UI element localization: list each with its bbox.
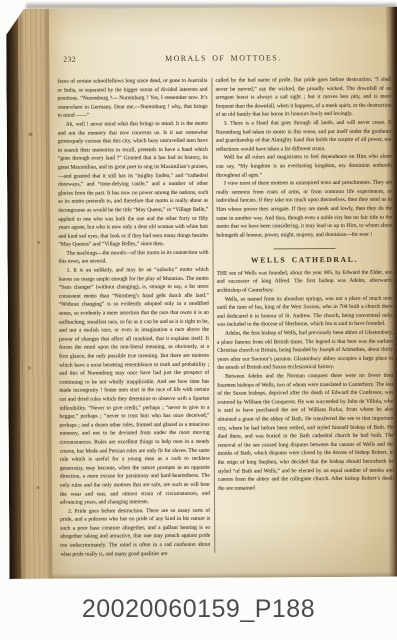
paragraph: I view most of these mottoes as uninspir… <box>216 179 392 240</box>
paragraph: Between Adelm and the Norman conquest th… <box>217 372 394 493</box>
paragraph: Well for all rulers and magistrates to f… <box>216 153 392 180</box>
page-bottom-edge-shadow <box>52 572 397 579</box>
page-content: 232 MORALS OF MOTTOES. faces of certain … <box>49 7 397 579</box>
paragraph: faces of certain schoolfellows long sinc… <box>57 77 207 121</box>
paragraph: Ah, well ! never mind what that brings t… <box>58 120 209 250</box>
right-column: called by the bad name of pride. But pri… <box>215 76 394 557</box>
paragraph: THE see of Wells was founded, about the … <box>217 269 393 296</box>
paragraph: called by the bad name of pride. But pri… <box>215 76 391 120</box>
section-heading: WELLS CATHEDRAL. <box>217 256 393 266</box>
section-divider-rule <box>273 248 335 249</box>
book-photo: 232 MORALS OF MOTTOES. faces of certain … <box>6 7 397 579</box>
left-column: faces of certain schoolfellows long sinc… <box>55 77 210 558</box>
text-columns: faces of certain schoolfellows long sinc… <box>55 76 394 558</box>
paragraph: Wells, so named from its abundant spring… <box>217 294 393 329</box>
paragraph: 2. Pride goes before destruction. There … <box>60 506 210 557</box>
book-page: 232 MORALS OF MOTTOES. faces of certain … <box>49 7 397 579</box>
running-title: MORALS OF MOTTOES. <box>55 53 391 64</box>
paragraph: 3. There is a Hand that goes through all… <box>216 119 392 154</box>
column-divider-rule <box>211 78 215 553</box>
page-header: 232 MORALS OF MOTTOES. <box>55 53 391 67</box>
archive-id-label: 20020060159_P188 <box>0 595 397 624</box>
paragraph: Adelm, the first bishop of Wells, had pr… <box>217 329 393 373</box>
page-fore-edges <box>18 9 52 579</box>
paragraph: The teachings—the morals—of this motto i… <box>58 249 208 267</box>
paragraph: 1. It is an unlikely, and may be an “unl… <box>59 266 210 508</box>
